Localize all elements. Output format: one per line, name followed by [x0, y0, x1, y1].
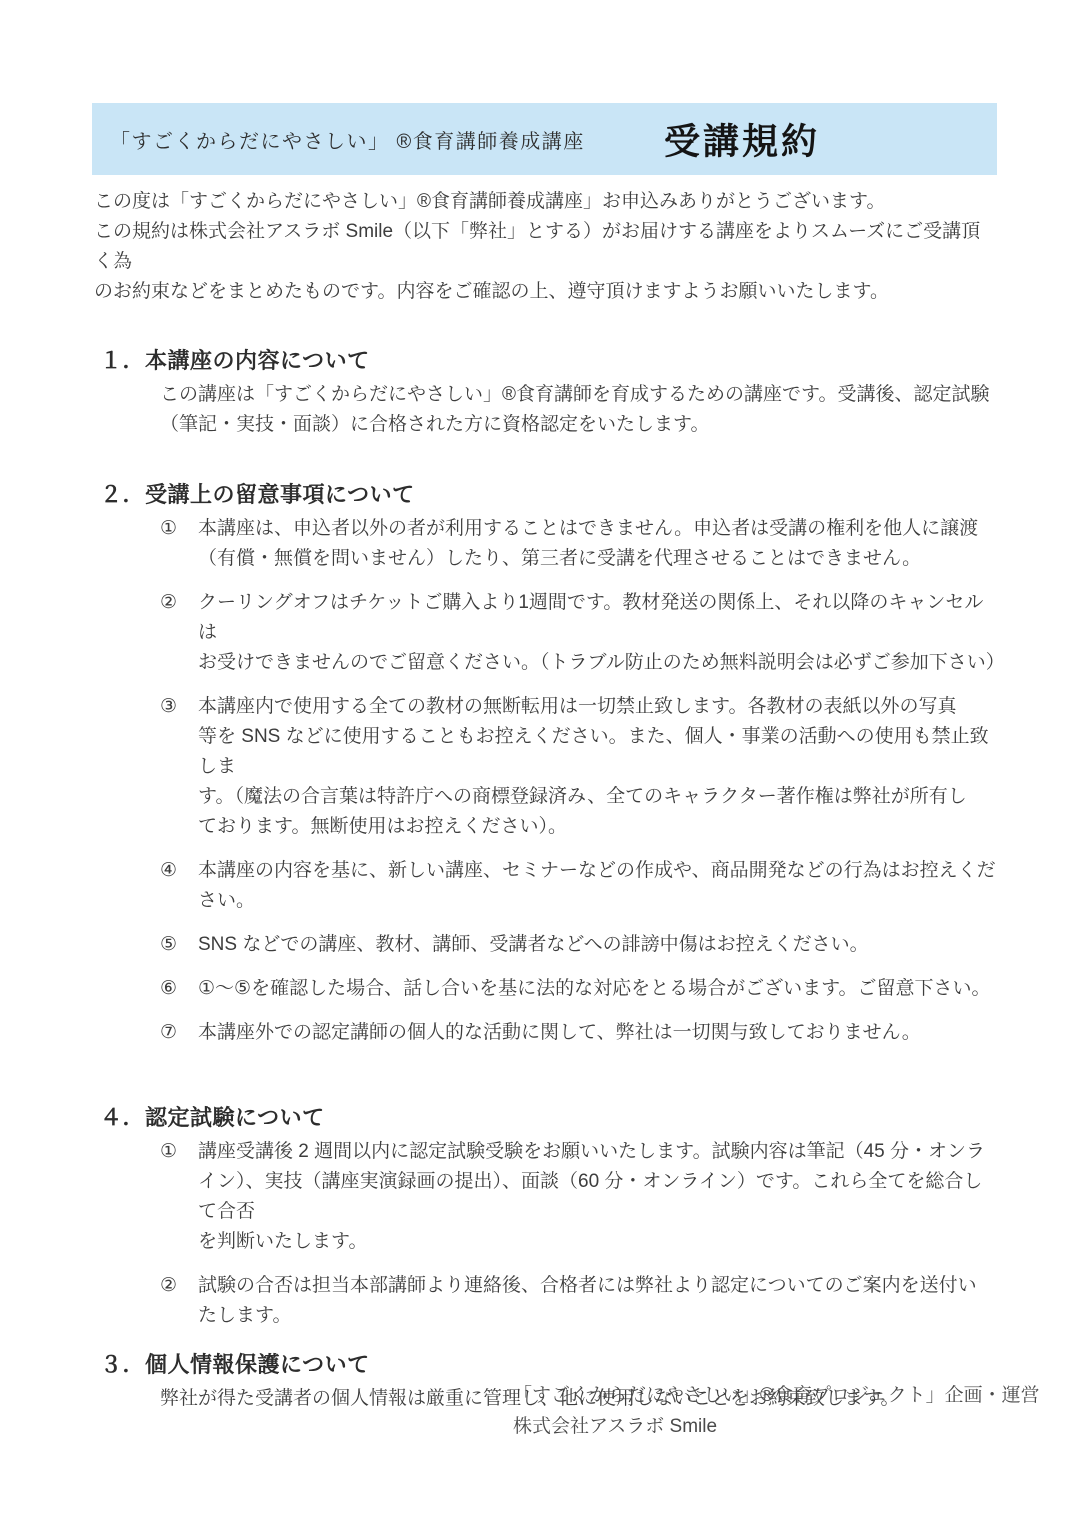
item-number: ① — [160, 514, 198, 574]
list-item: ④ 本講座の内容を基に、新しい講座、セミナーなどの作成や、商品開発などの行為はお… — [160, 856, 997, 916]
list-item: ② 試験の合否は担当本部講師より連絡後、合格者には弊社より認定についてのご案内を… — [160, 1271, 997, 1331]
item-number: ⑦ — [160, 1018, 198, 1048]
item-text: クーリングオフはチケットご購入より1週間です。教材発送の関係上、それ以降のキャン… — [198, 588, 997, 678]
section-certification-exam: ４．認定試験について ① 講座受講後 2 週間以内に認定試験受験をお願いいたしま… — [92, 1062, 997, 1331]
item-number: ② — [160, 1271, 198, 1331]
list-item: ① 本講座は、申込者以外の者が利用することはできません。申込者は受講の権利を他人… — [160, 514, 997, 574]
section-attendance-notes: ２．受講上の留意事項について ① 本講座は、申込者以外の者が利用することはできま… — [92, 440, 997, 1048]
section-title: 本講座の内容について — [145, 348, 370, 373]
section-number: ２． — [100, 482, 145, 507]
section-title: 受講上の留意事項について — [145, 482, 415, 507]
item-text: ①～⑤を確認した場合、話し合いを基に法的な対応をとる場合がございます。ご留意下さ… — [198, 974, 991, 1004]
item-text: 本講座内で使用する全ての教材の無断転用は一切禁止致します。各教材の表紙以外の写真… — [198, 692, 997, 842]
section-number: １． — [100, 348, 145, 373]
list-item: ⑤ SNS などでの講座、教材、講師、受講者などへの誹謗中傷はお控えください。 — [160, 930, 997, 960]
section-number: ３． — [100, 1352, 145, 1377]
footer-organizer-line: 「すごくからだにやさしい」®食育プロジェクト」企画・運営 — [513, 1380, 1040, 1411]
section-heading: １．本講座の内容について — [100, 348, 997, 374]
item-number: ⑥ — [160, 974, 198, 1004]
item-text: 講座受講後 2 週間以内に認定試験受験をお願いいたします。試験内容は筆記（45 … — [198, 1137, 997, 1257]
document-page: 「すごくからだにやさしい」 ®食育講師養成講座 受講規約 この度は「すごくからだ… — [0, 0, 1086, 1536]
intro-paragraph: この度は「すごくからだにやさしい」®食育講師養成講座」お申込みありがとうございま… — [94, 187, 997, 307]
list-item: ⑥ ①～⑤を確認した場合、話し合いを基に法的な対応をとる場合がございます。ご留意… — [160, 974, 997, 1004]
section-heading: ４．認定試験について — [100, 1105, 997, 1131]
item-text: 本講座外での認定講師の個人的な活動に関して、弊社は一切関与致しておりません。 — [198, 1018, 921, 1048]
footer-company-line: 株式会社アスラボ Smile — [513, 1411, 1040, 1442]
list-item: ③ 本講座内で使用する全ての教材の無断転用は一切禁止致します。各教材の表紙以外の… — [160, 692, 997, 842]
section-body: この講座は「すごくからだにやさしい」®食育講師を育成するための講座です。受講後、… — [160, 380, 997, 440]
section-heading: ３．個人情報保護について — [100, 1352, 997, 1378]
item-text: 本講座は、申込者以外の者が利用することはできません。申込者は受講の権利を他人に譲… — [198, 514, 978, 574]
item-number: ⑤ — [160, 930, 198, 960]
item-text: SNS などでの講座、教材、講師、受講者などへの誹謗中傷はお控えください。 — [198, 930, 869, 960]
section-title: 認定試験について — [145, 1105, 325, 1130]
course-name-label: 「すごくからだにやさしい」 ®食育講師養成講座 — [110, 125, 585, 154]
item-number: ④ — [160, 856, 198, 916]
item-text: 本講座の内容を基に、新しい講座、セミナーなどの作成や、商品開発などの行為はお控え… — [198, 856, 996, 916]
list-item: ① 講座受講後 2 週間以内に認定試験受験をお願いいたします。試験内容は筆記（4… — [160, 1137, 997, 1257]
list-item: ⑦ 本講座外での認定講師の個人的な活動に関して、弊社は一切関与致しておりません。 — [160, 1018, 997, 1048]
header-band: 「すごくからだにやさしい」 ®食育講師養成講座 受講規約 — [92, 103, 997, 175]
item-number: ② — [160, 588, 198, 678]
item-number: ① — [160, 1137, 198, 1257]
section-heading: ２．受講上の留意事項について — [100, 482, 997, 508]
section-number: ４． — [100, 1105, 145, 1130]
footer: 「すごくからだにやさしい」®食育プロジェクト」企画・運営 株式会社アスラボ Sm… — [513, 1380, 1040, 1442]
list-item: ② クーリングオフはチケットご購入より1週間です。教材発送の関係上、それ以降のキ… — [160, 588, 997, 678]
section-title: 個人情報保護について — [145, 1352, 370, 1377]
item-text: 試験の合否は担当本部講師より連絡後、合格者には弊社より認定についてのご案内を送付… — [198, 1271, 977, 1331]
item-number: ③ — [160, 692, 198, 842]
section-course-content: １．本講座の内容について この講座は「すごくからだにやさしい」®食育講師を育成す… — [92, 307, 997, 440]
document-title: 受講規約 — [664, 114, 820, 165]
